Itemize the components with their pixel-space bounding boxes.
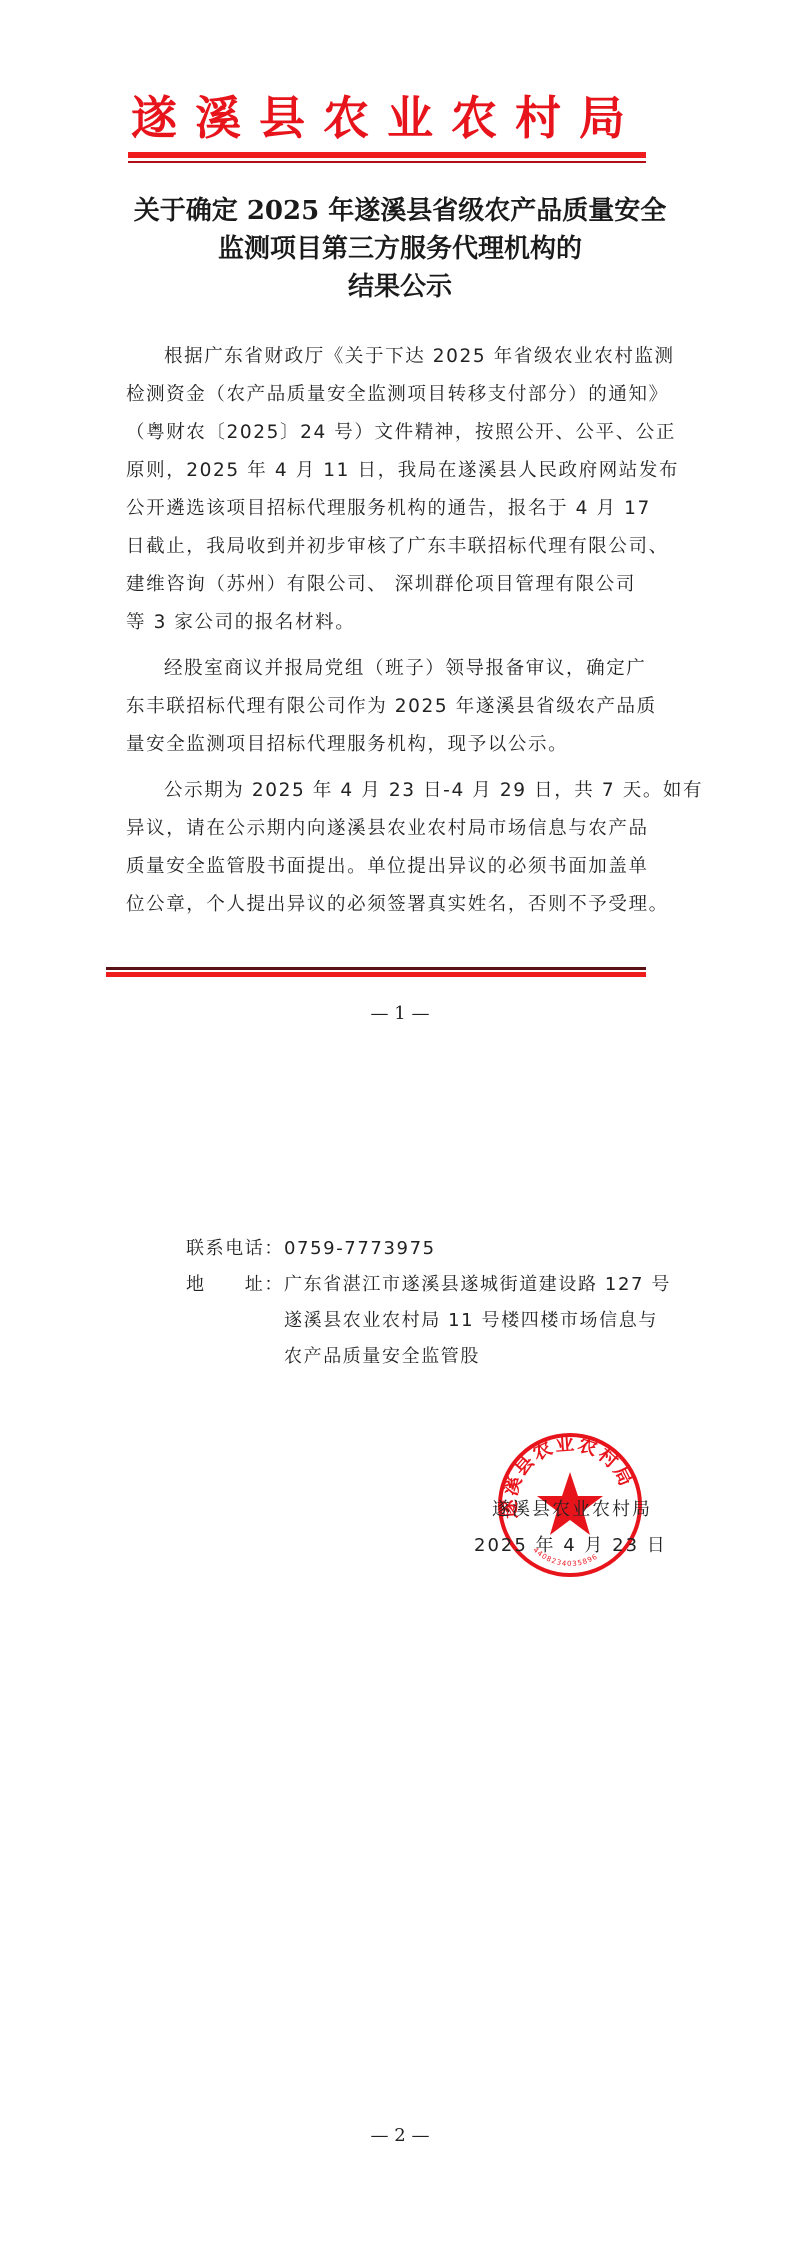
body-line: 量安全监测项目招标代理服务机构，现予以公示。 xyxy=(126,726,656,764)
body-line: 位公章，个人提出异议的必须签署真实姓名，否则不予受理。 xyxy=(126,886,656,924)
address-row: 地 址： 广东省湛江市遂溪县遂城街道建设路 127 号 xyxy=(186,1267,671,1303)
phone-number: 0759-7773975 xyxy=(284,1231,436,1267)
signature-block: 遂溪县农业农村局 2025 年 4 月 23 日 xyxy=(474,1492,667,1564)
body-line: 质量安全监管股书面提出。单位提出异议的必须书面加盖单 xyxy=(126,848,656,886)
contact-block: 联系电话： 0759-7773975 地 址： 广东省湛江市遂溪县遂城街道建设路… xyxy=(186,1231,671,1375)
address-line: 遂溪县农业农村局 11 号楼四楼市场信息与 xyxy=(284,1303,658,1339)
phone-row: 联系电话： 0759-7773975 xyxy=(186,1231,671,1267)
issuer-masthead: 遂溪县农业农村局 xyxy=(128,88,646,148)
title-line: 关于确定 2025 年遂溪县省级农产品质量安全 xyxy=(100,192,700,230)
masthead-rule-thick xyxy=(128,152,646,158)
title-line: 结果公示 xyxy=(100,268,700,306)
body-line: 东丰联招标代理有限公司作为 2025 年遂溪县省级农产品质 xyxy=(126,688,656,726)
masthead-rule-thin xyxy=(128,161,646,163)
title-line: 监测项目第三方服务代理机构的 xyxy=(100,230,700,268)
body-line: （粤财农〔2025〕24 号）文件精神，按照公开、公平、公正 xyxy=(126,414,656,452)
body-line: 经股室商议并报局党组（班子）领导报备审议，确定广 xyxy=(126,650,656,688)
document-body: 根据广东省财政厅《关于下达 2025 年省级农业农村监测 检测资金（农产品质量安… xyxy=(126,338,656,924)
body-line: 等 3 家公司的报名材料。 xyxy=(126,604,656,642)
signature-org: 遂溪县农业农村局 xyxy=(474,1492,667,1528)
footer-rule-red xyxy=(106,972,646,977)
address-line: 农产品质量安全监管股 xyxy=(284,1339,480,1375)
body-line: 公开遴选该项目招标代理服务机构的通告，报名于 4 月 17 xyxy=(126,490,656,528)
address-label: 地 址： xyxy=(186,1267,284,1303)
page-2: 联系电话： 0759-7773975 地 址： 广东省湛江市遂溪县遂城街道建设路… xyxy=(0,1120,800,2263)
body-line: 原则，2025 年 4 月 11 日，我局在遂溪县人民政府网站发布 xyxy=(126,452,656,490)
body-line: 公示期为 2025 年 4 月 23 日-4 月 29 日，共 7 天。如有 xyxy=(126,772,656,810)
page-1: 遂溪县农业农村局 关于确定 2025 年遂溪县省级农产品质量安全 监测项目第三方… xyxy=(0,0,800,1120)
signature-date: 2025 年 4 月 23 日 xyxy=(474,1528,667,1564)
phone-label: 联系电话： xyxy=(186,1231,284,1267)
body-line: 根据广东省财政厅《关于下达 2025 年省级农业农村监测 xyxy=(126,338,656,376)
address-line: 广东省湛江市遂溪县遂城街道建设路 127 号 xyxy=(284,1267,671,1303)
address-row: 遂溪县农业农村局 11 号楼四楼市场信息与 xyxy=(186,1303,671,1339)
address-row: 农产品质量安全监管股 xyxy=(186,1339,671,1375)
footer-rule-dark xyxy=(106,967,646,970)
body-line: 异议，请在公示期内向遂溪县农业农村局市场信息与农产品 xyxy=(126,810,656,848)
document-title: 关于确定 2025 年遂溪县省级农产品质量安全 监测项目第三方服务代理机构的 结… xyxy=(100,192,700,306)
body-line: 日截止，我局收到并初步审核了广东丰联招标代理有限公司、 xyxy=(126,528,656,566)
body-line: 检测资金（农产品质量安全监测项目转移支付部分）的通知》 xyxy=(126,376,656,414)
page-number-2: — 2 — xyxy=(0,2125,800,2146)
body-line: 建维咨询（苏州）有限公司、 深圳群伦项目管理有限公司 xyxy=(126,566,656,604)
page-number-1: — 1 — xyxy=(0,1003,800,1024)
